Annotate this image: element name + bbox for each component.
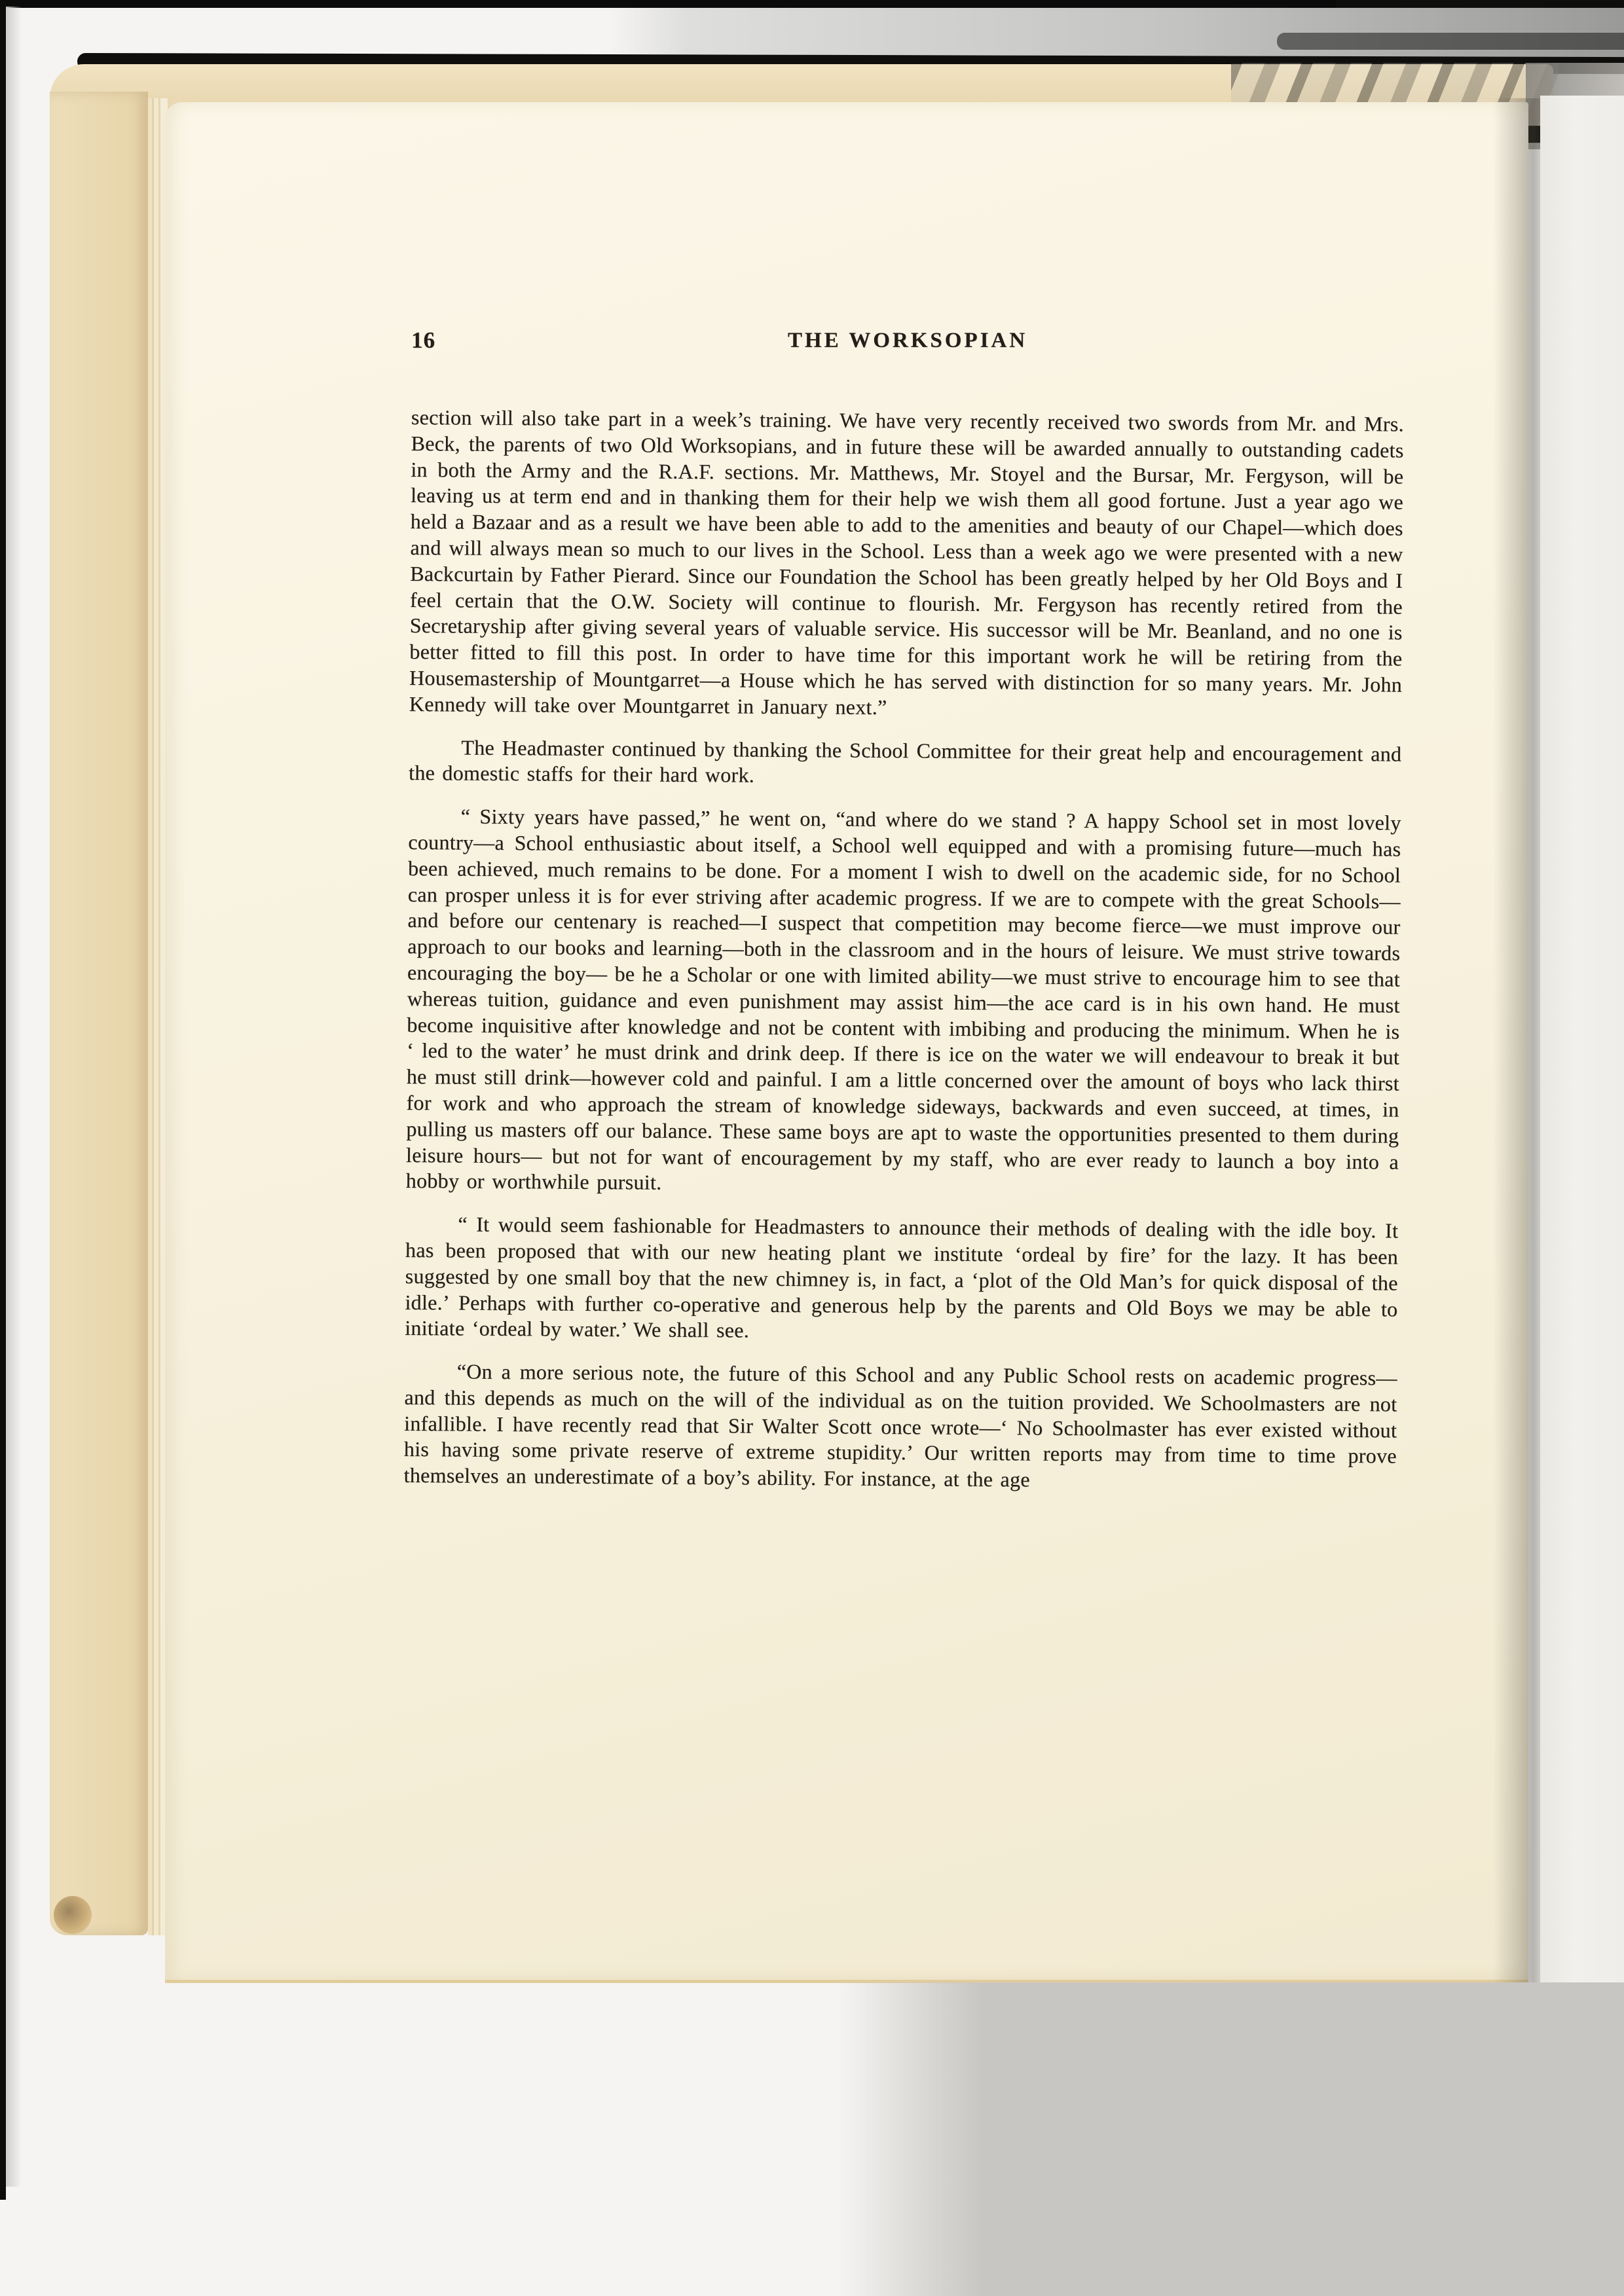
scanner-shade-left — [6, 7, 22, 2187]
scanner-lid-shadow-line — [1277, 33, 1624, 50]
paragraph: “ It would seem fashionable for Headmast… — [405, 1211, 1398, 1349]
facing-page-edge — [1540, 96, 1624, 1995]
page-header: 16 THE WORKSOPIAN — [411, 327, 1404, 367]
cover-corner-wear — [54, 1896, 92, 1934]
paragraph: The Headmaster continued by thanking the… — [409, 735, 1402, 793]
paragraph: section will also take part in a week’s … — [409, 405, 1404, 724]
page-gutter-shadow — [1493, 98, 1547, 1992]
page-body: section will also take part in a week’s … — [403, 405, 1404, 1513]
scanner-edge-left — [0, 0, 6, 2200]
paragraph: “On a more serious note, the future of t… — [403, 1358, 1397, 1496]
paragraph: “ Sixty years have passed,” he went on, … — [406, 803, 1401, 1201]
journal-title: THE WORKSOPIAN — [411, 329, 1404, 353]
book-cover-left-edge — [50, 92, 148, 1935]
scanned-book-page: 16 THE WORKSOPIAN section will also take… — [0, 0, 1624, 2296]
scanner-bed-bottom-right — [838, 1982, 1624, 2296]
